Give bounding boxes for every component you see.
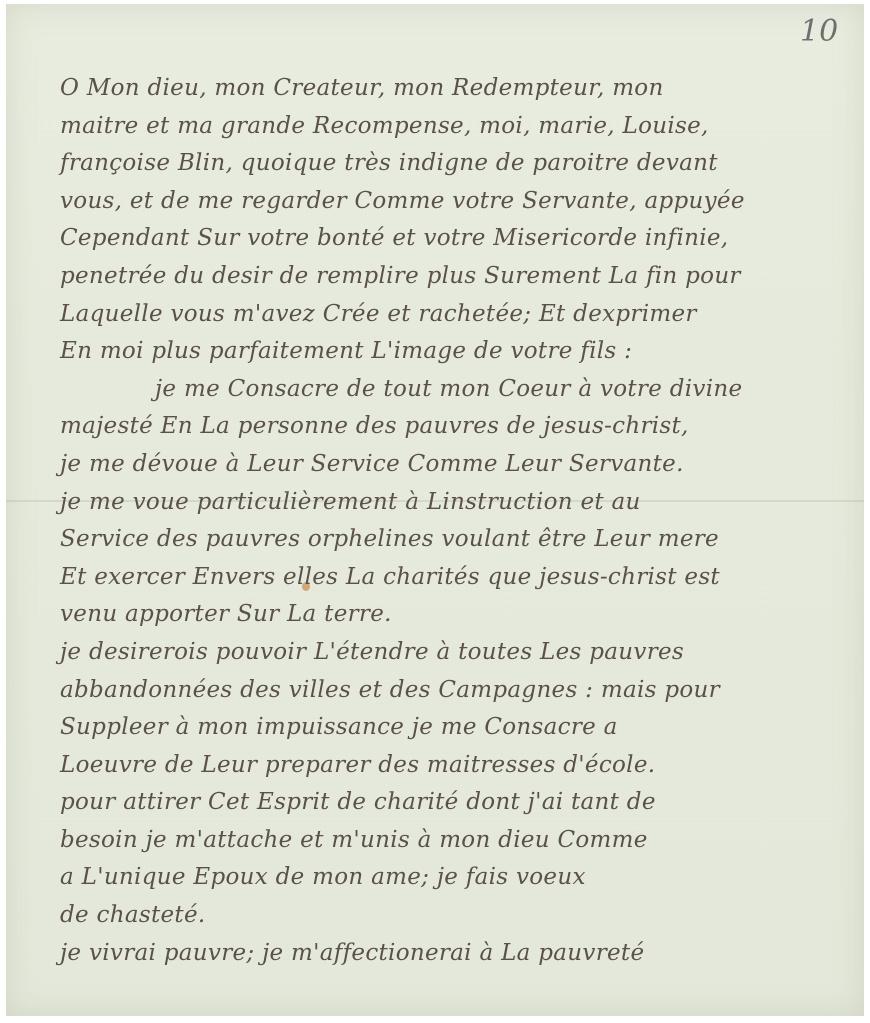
manuscript-line: Service des pauvres orphelines voulant ê… bbox=[60, 521, 860, 559]
manuscript-line: je desirerois pouvoir L'étendre à toutes… bbox=[60, 634, 860, 672]
manuscript-line: venu apporter Sur La terre. bbox=[60, 596, 860, 634]
manuscript-line: de chasteté. bbox=[60, 897, 860, 935]
manuscript-line: Loeuvre de Leur preparer des maitresses … bbox=[60, 747, 860, 785]
manuscript-line: Suppleer à mon impuissance je me Consacr… bbox=[60, 709, 860, 747]
manuscript-line: a L'unique Epoux de mon ame; je fais voe… bbox=[60, 859, 860, 897]
manuscript-line: françoise Blin, quoique très indigne de … bbox=[60, 145, 860, 183]
manuscript-text: O Mon dieu, mon Createur, mon Redempteur… bbox=[60, 70, 860, 972]
manuscript-line: En moi plus parfaitement L'image de votr… bbox=[60, 333, 860, 371]
manuscript-line: je me dévoue à Leur Service Comme Leur S… bbox=[60, 446, 860, 484]
manuscript-line: je me Consacre de tout mon Coeur à votre… bbox=[60, 371, 860, 409]
manuscript-line: besoin je m'attache et m'unis à mon dieu… bbox=[60, 822, 860, 860]
manuscript-line: majesté En La personne des pauvres de je… bbox=[60, 408, 860, 446]
manuscript-line: Et exercer Envers elles La charités que … bbox=[60, 559, 860, 597]
manuscript-line: Laquelle vous m'avez Crée et rachetée; E… bbox=[60, 296, 860, 334]
manuscript-line: Cependant Sur votre bonté et votre Miser… bbox=[60, 220, 860, 258]
page-number: 10 bbox=[800, 14, 838, 49]
manuscript-line: vous, et de me regarder Comme votre Serv… bbox=[60, 183, 860, 221]
manuscript-line: maitre et ma grande Recompense, moi, mar… bbox=[60, 108, 860, 146]
manuscript-line: je me voue particulièrement à Linstructi… bbox=[60, 484, 860, 522]
manuscript-line: abbandonnées des villes et des Campagnes… bbox=[60, 672, 860, 710]
manuscript-line: penetrée du desir de remplire plus Surem… bbox=[60, 258, 860, 296]
manuscript-line: O Mon dieu, mon Createur, mon Redempteur… bbox=[60, 70, 860, 108]
manuscript-line: je vivrai pauvre; je m'affectionerai à L… bbox=[60, 935, 860, 973]
manuscript-line: pour attirer Cet Esprit de charité dont … bbox=[60, 784, 860, 822]
